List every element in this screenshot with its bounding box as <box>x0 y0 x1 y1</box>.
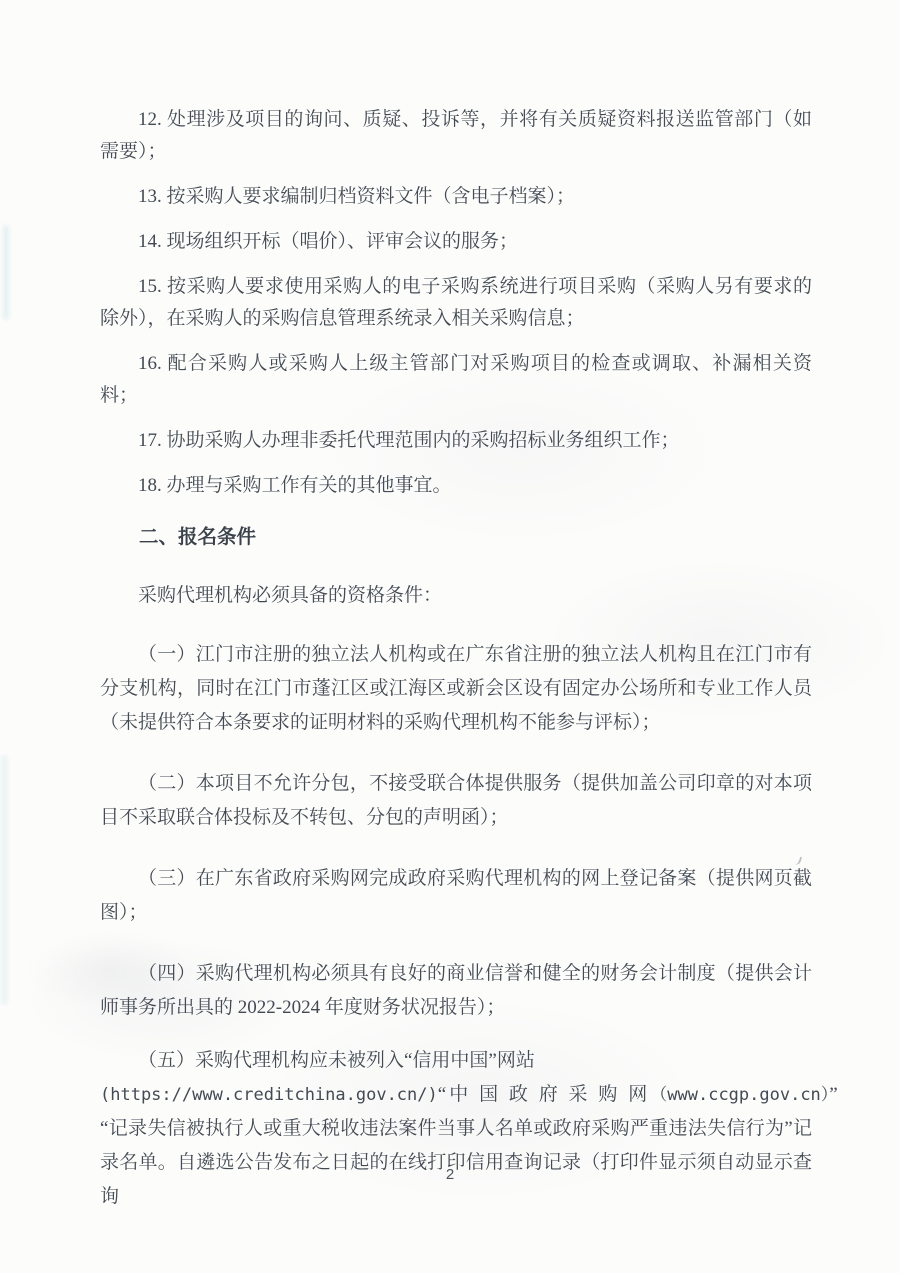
task-item-12: 12. 处理涉及项目的询问、质疑、投诉等，并将有关质疑资料报送监管部门（如需要）… <box>100 104 812 168</box>
task-item-17: 17. 协助采购人办理非委托代理范围内的采购招标业务组织工作； <box>100 425 812 457</box>
task-item-13: 13. 按采购人要求编制归档资料文件（含电子档案）； <box>100 181 812 213</box>
ccgp-url: （www.ccgp.gov.cn） <box>650 1085 829 1105</box>
section-heading: 二、报名条件 <box>100 522 812 554</box>
condition-5-line1: （五）采购代理机构应未被列入“信用中国”网站 <box>100 1044 812 1078</box>
document-page: 12. 处理涉及项目的询问、质疑、投诉等，并将有关质疑资料报送监管部门（如需要）… <box>0 0 900 1273</box>
task-item-15: 15. 按采购人要求使用采购人的电子采购系统进行项目采购（采购人另有要求的除外）… <box>100 271 812 335</box>
condition-2: （二）本项目不允许分包，不接受联合体提供服务（提供加盖公司印章的对本项目不采取联… <box>100 767 812 835</box>
condition-5-rest: “记录失信被执行人或重大税收违法案件当事人名单或政府采购严重违法失信行为”记录名… <box>100 1112 812 1214</box>
condition-4: （四）采购代理机构必须具有良好的商业信誉和健全的财务会计制度（提供会计师事务所出… <box>100 957 812 1025</box>
task-item-14: 14. 现场组织开标（唱价）、评审会议的服务； <box>100 226 812 258</box>
scan-artifact-left-mid <box>1 755 8 1005</box>
condition-5-line2: (https://www.creditchina.gov.cn/)“中 国 政 … <box>100 1078 812 1112</box>
condition-1: （一）江门市注册的独立法人机构或在广东省注册的独立法人机构且在江门市有分支机构，… <box>100 638 812 740</box>
task-item-16: 16. 配合采购人或采购人上级主管部门对采购项目的检查或调取、补漏相关资料； <box>100 348 812 412</box>
section-intro: 采购代理机构必须具备的资格条件： <box>100 580 812 612</box>
document-body: 12. 处理涉及项目的询问、质疑、投诉等，并将有关质疑资料报送监管部门（如需要）… <box>100 104 812 1214</box>
condition-3: （三）在广东省政府采购网完成政府采购代理机构的网上登记备案（提供网页截图）； <box>100 862 812 930</box>
page-number: 2 <box>0 1166 900 1183</box>
task-item-18: 18. 办理与采购工作有关的其他事宜。 <box>100 470 812 502</box>
scan-artifact-left-top <box>3 225 9 320</box>
creditchina-url: (https://www.creditchina.gov.cn/) <box>100 1085 438 1105</box>
ccgp-site-name: “中 国 政 府 采 购 网 <box>438 1084 651 1105</box>
closing-quote: ” <box>829 1084 837 1105</box>
